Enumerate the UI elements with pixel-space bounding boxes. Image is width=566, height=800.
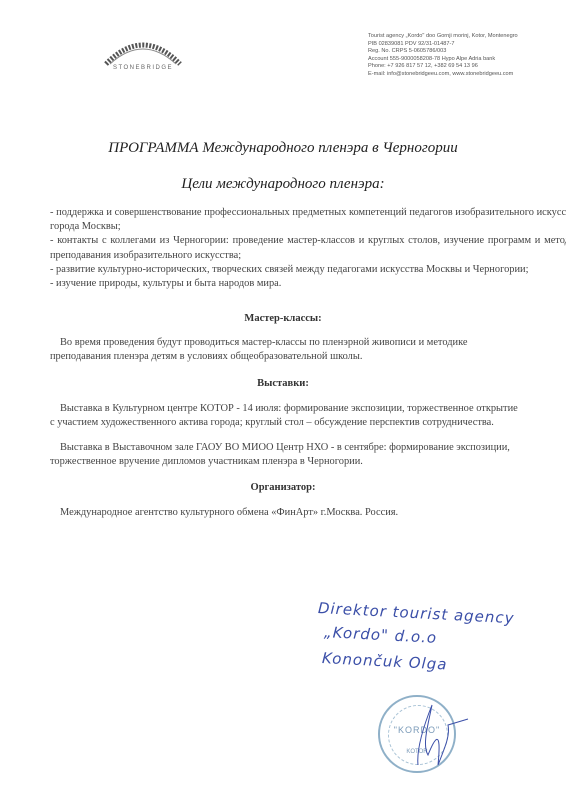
exhibition-1-text: Выставка в Культурном центре КОТОР - 14 … <box>50 402 566 430</box>
exhibition-2-text: Выставка в Выставочном зале ГАОУ ВО МИОО… <box>50 441 566 469</box>
text-line: торжественное вручение дипломов участник… <box>50 455 566 469</box>
contact-line: Phone: +7 926 817 57 12, +382 69 54 13 9… <box>368 63 566 71</box>
masterclasses-text: Во время проведения будут проводиться ма… <box>50 336 566 364</box>
text-line: Выставка в Культурном центре КОТОР - 14 … <box>50 402 566 416</box>
text-line: Выставка в Выставочном зале ГАОУ ВО МИОО… <box>50 441 566 455</box>
handwritten-line: Direktor tourist agency <box>318 599 515 627</box>
text-line: с участием художественного актива города… <box>50 416 566 430</box>
signature-scribble-icon <box>398 695 478 775</box>
masterclasses-heading: Мастер-классы: <box>0 313 566 324</box>
goals-list: - поддержка и совершенствование професси… <box>50 206 566 291</box>
organizer-heading: Организатор: <box>0 482 566 493</box>
text-line: Международное агентство культурного обме… <box>50 506 566 520</box>
exhibitions-heading: Выставки: <box>0 378 566 389</box>
contact-line: Reg. No. CRPS 5-0605786/003 <box>368 48 566 56</box>
contact-line: Account 555-9000058208-78 Hypo Alpe Adri… <box>368 56 566 64</box>
logo-text: STONEBRIDGE <box>88 65 198 71</box>
goal-item: - изучение природы, культуры и быта наро… <box>50 277 566 291</box>
text-line: преподавания пленэра детям в условиях об… <box>50 350 566 364</box>
bridge-arch-icon <box>88 28 198 66</box>
goal-item: - развитие культурно-исторических, творч… <box>50 263 566 277</box>
goal-item: - поддержка и совершенствование професси… <box>50 206 566 234</box>
contact-line: Tourist agency „Kordo" doo Gornji morinj… <box>368 33 566 41</box>
signature-block: Direktor tourist agency „Kordo" d.o.o Ko… <box>318 595 558 795</box>
goal-item: - контакты с коллегами из Черногории: пр… <box>50 234 566 262</box>
handwritten-line: Konončuk Olga <box>322 649 448 674</box>
goals-heading: Цели международного пленэра: <box>0 176 566 193</box>
organizer-text: Международное агентство культурного обме… <box>50 506 566 520</box>
letterhead-logo: STONEBRIDGE <box>88 28 198 74</box>
document-title: ПРОГРАММА Международного пленэра в Черно… <box>0 140 566 157</box>
contact-line: E-mail: info@stonebridgeeu.com, www.ston… <box>368 71 566 79</box>
contact-block: Tourist agency „Kordo" doo Gornji morinj… <box>368 33 566 79</box>
handwritten-line: „Kordo" d.o.o <box>324 623 438 647</box>
contact-line: PIB 02839081 PDV 92/31-01487-7 <box>368 41 566 49</box>
text-line: Во время проведения будут проводиться ма… <box>50 336 566 350</box>
